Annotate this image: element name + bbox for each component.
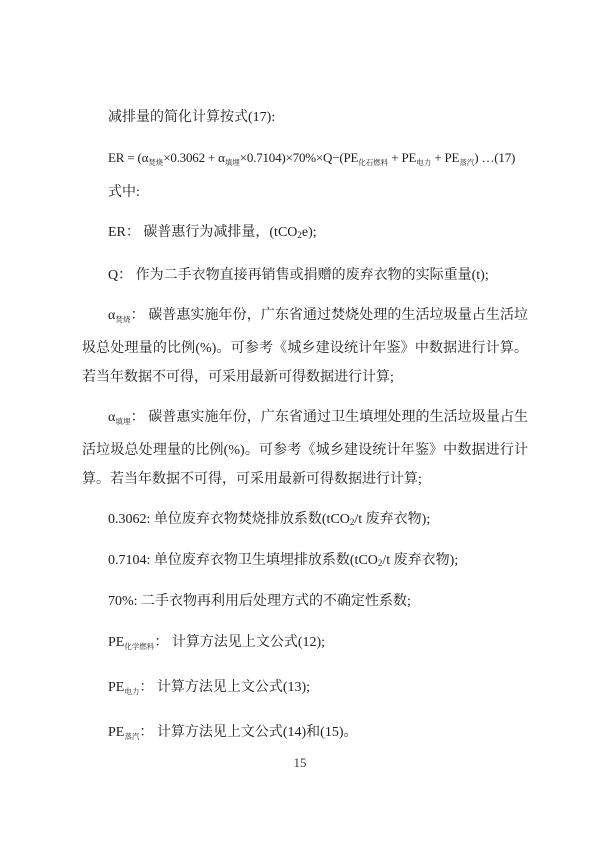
def-pe-electricity: PE电力： 计算方法见上文公式(13); — [82, 673, 528, 706]
def-factor-70pct: 70%: 二手衣物再利用后处理方式的不确定性系数; — [82, 587, 528, 616]
def-factor-03062: 0.3062: 单位废弃衣物焚烧排放系数(tCO2/t 废弃衣物); — [82, 505, 528, 537]
document-page: 减排量的简化计算按式(17): ER = (α焚烧×0.3062 + α填埋×0… — [0, 0, 600, 848]
def-pe-fuel: PE化学燃料： 计算方法见上文公式(12); — [82, 628, 528, 661]
page-number: 15 — [0, 755, 600, 771]
def-pe-steam: PE蒸汽： 计算方法见上文公式(14)和(15)。 — [82, 718, 528, 751]
para-alpha-landfill: α填埋： 碳普惠实施年份，广东省通过卫生填埋处理的生活垃圾量占生活垃圾总处理量的… — [82, 403, 528, 494]
formula-17: ER = (α焚烧×0.3062 + α填埋×0.7104)×70%×Q−(PE… — [82, 143, 528, 177]
intro-line: 减排量的简化计算按式(17): — [82, 103, 528, 132]
def-q: Q： 作为二手衣物直接再销售或捐赠的废弃衣物的实际重量(t); — [82, 261, 528, 290]
def-factor-07104: 0.7104: 单位废弃衣物卫生填埋排放系数(tCO2/t 废弃衣物); — [82, 546, 528, 578]
def-er: ER： 碳普惠行为减排量，(tCO2e); — [82, 218, 528, 250]
where-label: 式中: — [82, 178, 528, 207]
page-content: 减排量的简化计算按式(17): ER = (α焚烧×0.3062 + α填埋×0… — [82, 103, 528, 763]
para-alpha-incineration: α焚烧： 碳普惠实施年份，广东省通过焚烧处理的生活垃圾量占生活垃圾总处理量的比例… — [82, 301, 528, 392]
